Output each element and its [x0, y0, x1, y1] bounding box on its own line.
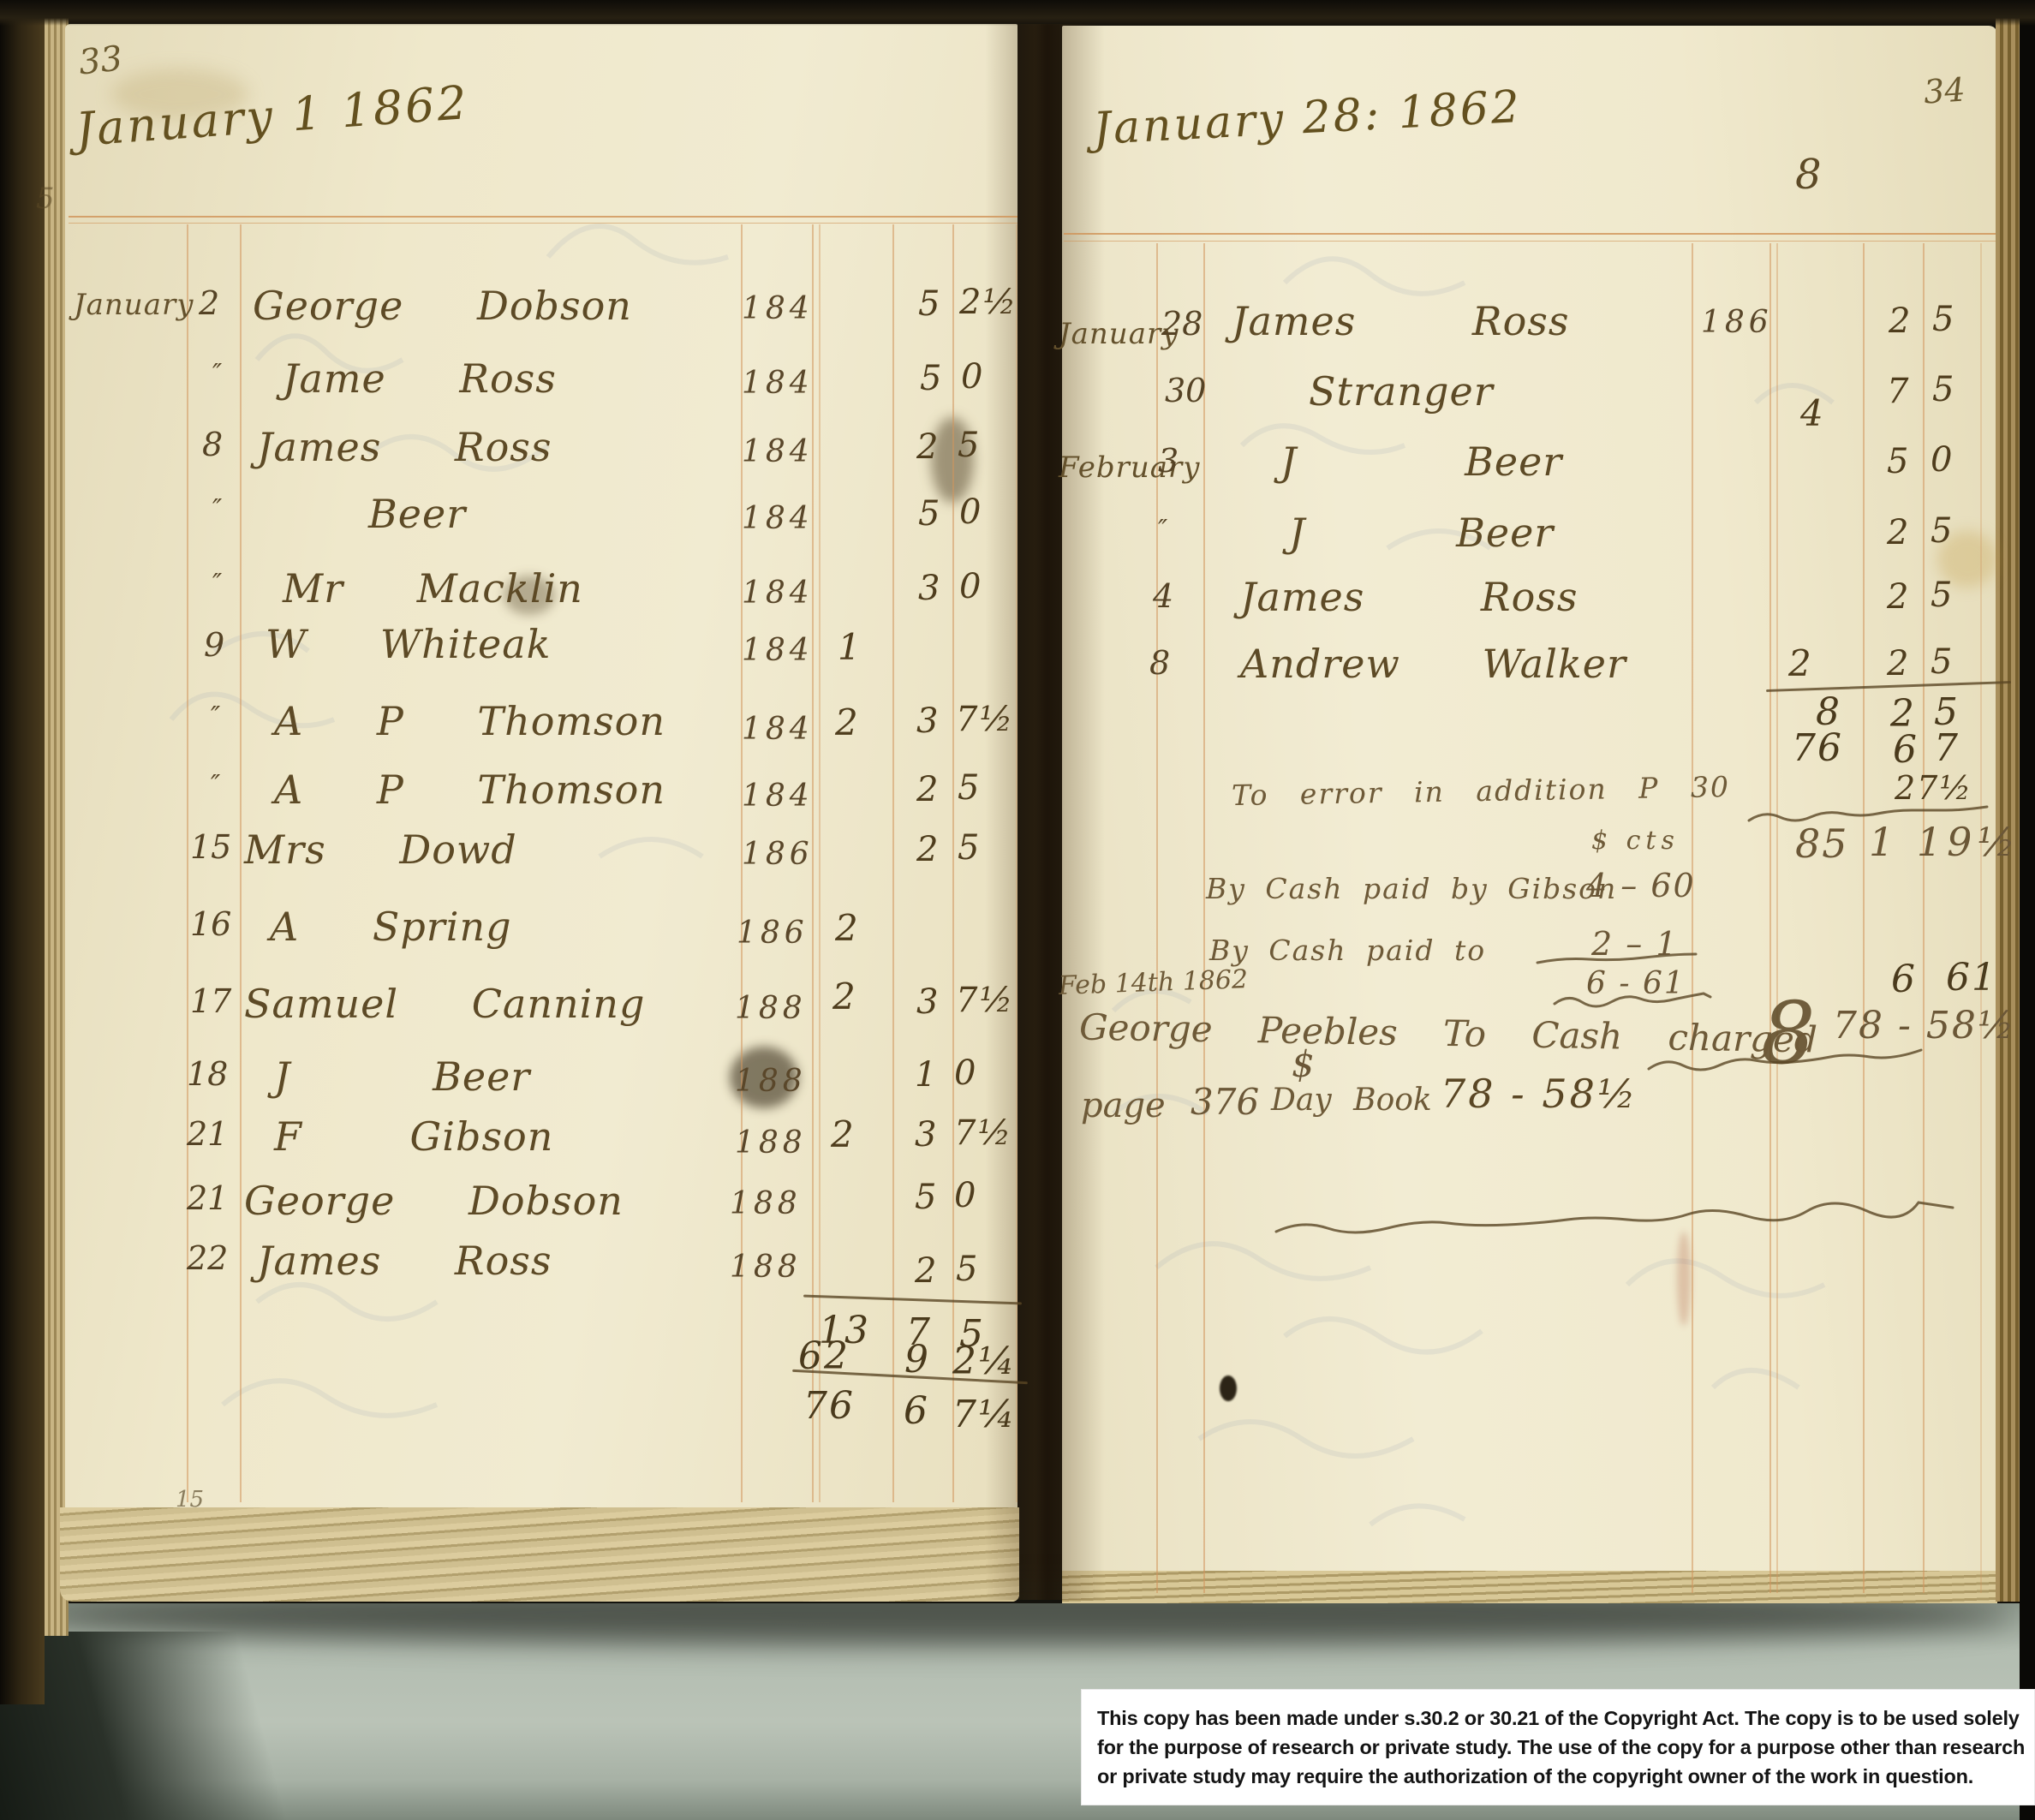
entry-cents: 5 [958, 768, 981, 808]
entry-day: 17 [190, 982, 231, 1020]
entry-folio: 184 [742, 366, 814, 401]
entry-cents: 0 [1931, 440, 1954, 480]
entry-name: A P Thomson [274, 698, 665, 744]
entry-day: ″ [212, 359, 222, 389]
dollar-sign: $ [1292, 1043, 1315, 1085]
entry-day: 22 [187, 1239, 228, 1277]
page-stack-bottom-right [1062, 1571, 1997, 1603]
entry-day: 15 [190, 828, 231, 866]
entry-day: 16 [190, 905, 231, 943]
entry-day: 21 [187, 1179, 228, 1217]
total-cents: 7¼ [952, 1393, 1017, 1436]
entry-day: 4 [1153, 577, 1173, 615]
entry-name: James Ross [1240, 574, 1578, 620]
copyright-line: This copy has been made under s.30.2 or … [1097, 1704, 2019, 1733]
entry-name: A Spring [270, 904, 512, 950]
entry-cents: 5 [1931, 576, 1954, 615]
entry-dimes: 3 [918, 569, 941, 608]
entry-dimes: 5 [1887, 442, 1910, 481]
entry-dimes: 3 [915, 1115, 938, 1155]
entry-cents: 0 [954, 1053, 977, 1093]
entry-day: ″ [212, 494, 222, 524]
entry-dimes: 2 [916, 830, 940, 869]
entry-day: 2 [199, 284, 219, 322]
entry-name: James Ross [257, 1238, 552, 1284]
entry-qty: 2 [832, 976, 856, 1017]
cash-label: By Cash paid to [1209, 934, 1486, 967]
balance-cents: 1 19½ [1869, 819, 2020, 865]
page-label: page [1081, 1086, 1166, 1125]
entry-qty: 2 [831, 1113, 854, 1155]
entry-cents: 0 [959, 567, 982, 606]
cash-total-dollars: 6 [1891, 958, 1917, 1001]
stray-figure: 8 [1795, 151, 1822, 199]
background-right [2020, 0, 2035, 1820]
pencil-mark: 15 [176, 1487, 204, 1513]
page-stack-bottom-left [60, 1507, 1019, 1602]
entry-cents: 7½ [956, 981, 1014, 1020]
entry-cents: 0 [961, 357, 984, 397]
cash-total-cents: 61 [1946, 956, 1997, 1000]
entry-folio: 184 [742, 291, 814, 326]
entry-folio: 184 [742, 633, 814, 668]
charge-amount: 78 - 58½ [1833, 1004, 2015, 1047]
entry-folio: 186 [737, 916, 809, 951]
background-top [0, 0, 2035, 26]
copyright-line: for the purpose of research or private s… [1097, 1733, 2019, 1762]
entry-name: J Beer [1289, 510, 1554, 556]
ledger-photo: 33 January 1 1862 5 January 2 George Dob… [0, 0, 2035, 1820]
entry-folio: 188 [735, 1064, 807, 1099]
entry-name: Beer [368, 491, 466, 537]
entry-day: 28 [1161, 305, 1202, 343]
subtotal-dimes: 6 [1893, 728, 1919, 772]
daybook-label: Day Book [1271, 1083, 1432, 1118]
entry-folio: 184 [742, 779, 814, 814]
ledger-page-34 [1062, 26, 1997, 1602]
dark-speck [1220, 1375, 1237, 1401]
entry-day: 3 [1158, 442, 1179, 480]
entry-dimes: 2 [1887, 577, 1910, 617]
entry-cents: 0 [959, 492, 982, 532]
entry-cents: 2½ [959, 283, 1017, 322]
entry-folio: 184 [742, 501, 814, 536]
entry-dimes: 2 [916, 770, 940, 809]
entry-dimes: 1 [915, 1055, 938, 1095]
entry-cents: 7½ [954, 1113, 1012, 1153]
entry-dimes: 7 [1887, 372, 1910, 411]
entry-qty: 1 [838, 626, 861, 668]
entry-folio: 184 [742, 712, 814, 747]
page-number-left: 33 [77, 39, 124, 82]
entry-cents: 5 [1931, 642, 1954, 682]
daybook-amount: 78 - 58½ [1441, 1071, 1638, 1117]
subtotal-qty: 76 [1792, 726, 1843, 770]
cash-amount: 2 – 1 [1591, 925, 1679, 963]
entry-dimes: 5 [915, 1178, 938, 1217]
entry-folio: 188 [730, 1186, 802, 1221]
entry-day: ″ [211, 701, 220, 731]
total-cents: 2¼ [952, 1340, 1017, 1383]
entry-dimes: 2 [1887, 644, 1910, 683]
entry-cents: 7½ [956, 700, 1014, 739]
entry-day: 30 [1165, 372, 1206, 409]
balance-dollars: 85 [1795, 820, 1849, 867]
entry-folio: 186 [742, 837, 814, 872]
entry-name: Mrs Dowd [244, 826, 517, 873]
entry-folio: 188 [730, 1250, 802, 1285]
entry-name: Mr Macklin [283, 565, 583, 612]
entry-dimes: 5 [920, 359, 943, 398]
entry-folio: 188 [735, 991, 807, 1026]
entry-name: A P Thomson [274, 767, 665, 813]
entry-name: George Dobson [253, 283, 632, 329]
entry-qty: 2 [835, 907, 858, 949]
entry-cents: 0 [954, 1176, 977, 1215]
entry-name: W Whiteak [266, 621, 552, 667]
entry-name: F Gibson [274, 1113, 553, 1160]
cash-label: By Cash paid by Gibson [1206, 872, 1617, 905]
page-number-right: 34 [1923, 70, 1966, 110]
entry-qty: 4 [1800, 392, 1823, 434]
entry-day: ″ [211, 770, 220, 800]
entry-dimes: 2 [1889, 301, 1912, 341]
copyright-line: or private study may require the authori… [1097, 1762, 2019, 1791]
total-dollars: 76 [803, 1384, 855, 1428]
total-dimes: 6 [904, 1389, 929, 1433]
entry-dimes: 3 [916, 982, 940, 1022]
entry-day: 9 [204, 626, 224, 664]
entry-cents: 5 [956, 1250, 979, 1289]
entry-dimes: 2 [915, 1251, 938, 1291]
entry-cents: 5 [1932, 300, 1955, 339]
entry-name: George Dobson [244, 1178, 624, 1224]
entry-dimes: 5 [918, 284, 941, 324]
entry-name: J Beer [1280, 439, 1562, 485]
entry-day: 8 [202, 426, 223, 463]
entry-cents: 5 [958, 828, 981, 868]
surface-shadow-corner [0, 1632, 308, 1820]
entry-dimes: 2 [1887, 513, 1910, 552]
entry-day: 18 [187, 1055, 228, 1093]
copyright-notice: This copy has been made under s.30.2 or … [1081, 1689, 2035, 1805]
entry-name: Samuel Canning [244, 981, 645, 1027]
entry-name: James Ross [1232, 298, 1569, 344]
entry-dimes: 2 [916, 427, 940, 467]
book-cover-left [0, 0, 45, 1704]
entry-name: Andrew Walker [1240, 641, 1626, 687]
entry-cents: 5 [1931, 511, 1954, 551]
entry-month: February [1059, 451, 1201, 485]
entry-dimes: 3 [916, 701, 940, 741]
entry-name: James Ross [257, 424, 552, 470]
stray-mark: 5 [36, 182, 55, 216]
entry-qty: 2 [835, 701, 858, 743]
entry-name: Stranger [1309, 368, 1494, 415]
entry-cents: 5 [1932, 370, 1955, 409]
page-ref-number: 376 [1191, 1081, 1259, 1123]
entry-day: 21 [187, 1115, 228, 1153]
entry-day: ″ [212, 569, 222, 599]
entry-name: Jame Ross [283, 355, 557, 402]
entry-qty: 2 [1788, 642, 1811, 684]
entry-folio: 184 [742, 576, 814, 611]
entry-folio: 188 [735, 1125, 807, 1161]
entry-dimes: 5 [918, 494, 941, 534]
currency-header: $ cts [1591, 826, 1680, 856]
entry-month: January [74, 288, 194, 322]
error-note-amount: 27½ [1895, 769, 1972, 807]
entry-name: J Beer [274, 1053, 530, 1100]
entry-day: 8 [1149, 644, 1170, 682]
entry-folio: 184 [742, 434, 814, 469]
cash-total: 6 - 61 [1586, 966, 1686, 1001]
cash-amount: 4 – 60 [1586, 867, 1696, 904]
entry-folio: 186 [1701, 305, 1773, 340]
entry-day: ″ [1158, 515, 1167, 545]
red-streak [1677, 1232, 1691, 1326]
subtotal-cents: 7 [1934, 726, 1960, 770]
entry-cents: 5 [958, 426, 981, 465]
